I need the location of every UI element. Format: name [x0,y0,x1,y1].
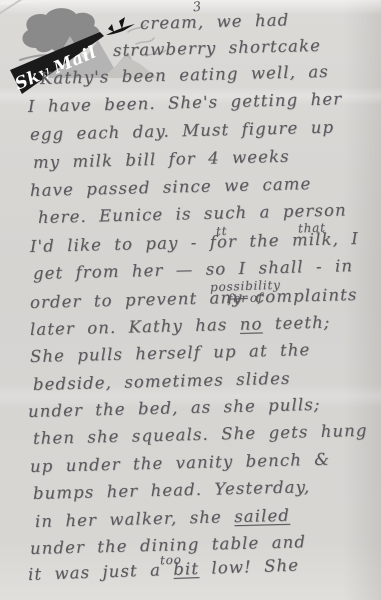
line-segment: in her walker, she [35,507,235,531]
handwritten-line: later on. Kathy has no teeth; [30,313,331,339]
handwritten-line: then she squeals. She gets hung [33,421,368,448]
handwritten-line: strawberry shortcake [113,36,321,60]
underlined-word: no [240,314,263,334]
line-segment: later on. Kathy has [30,315,240,339]
handwritten-line: in her walker, she sailed [35,506,290,531]
handwritten-line: order to prevent any complaints [30,285,358,312]
handwritten-line: up under the vanity bench & [30,450,331,476]
handwritten-line: my milk bill for 4 weeks [33,147,290,172]
handwritten-line: She pulls herself up at the [30,340,311,366]
handwritten-line: get from her — so I shall - in [33,256,354,283]
insertion-tt: tt [216,224,228,238]
airplane-tail [108,24,114,32]
insertion-for-of: for of [228,290,264,305]
insertion-too: too [160,553,182,568]
line-segment: low! She [199,556,300,578]
line-segment: it was just a [28,560,174,584]
struck-word: for [228,291,248,306]
handwritten-line: cream, we had [140,10,290,33]
handwritten-line: bumps her head. Yesterday, [33,477,311,503]
handwritten-line: egg each day. Must figure up [30,118,335,144]
underlined-word: sailed [234,506,290,526]
handwritten-line: under the bed, as she pulls; [28,395,321,421]
handwritten-line: bedside, sometimes slides [33,369,291,394]
insertion-that: that [298,221,326,236]
line-segment: teeth; [262,313,330,334]
handwritten-line: have passed since we came [30,174,312,200]
letter-page: Sky Mail 3 cream, we had strawberry shor… [0,0,381,600]
replacement-word: of [250,290,264,304]
